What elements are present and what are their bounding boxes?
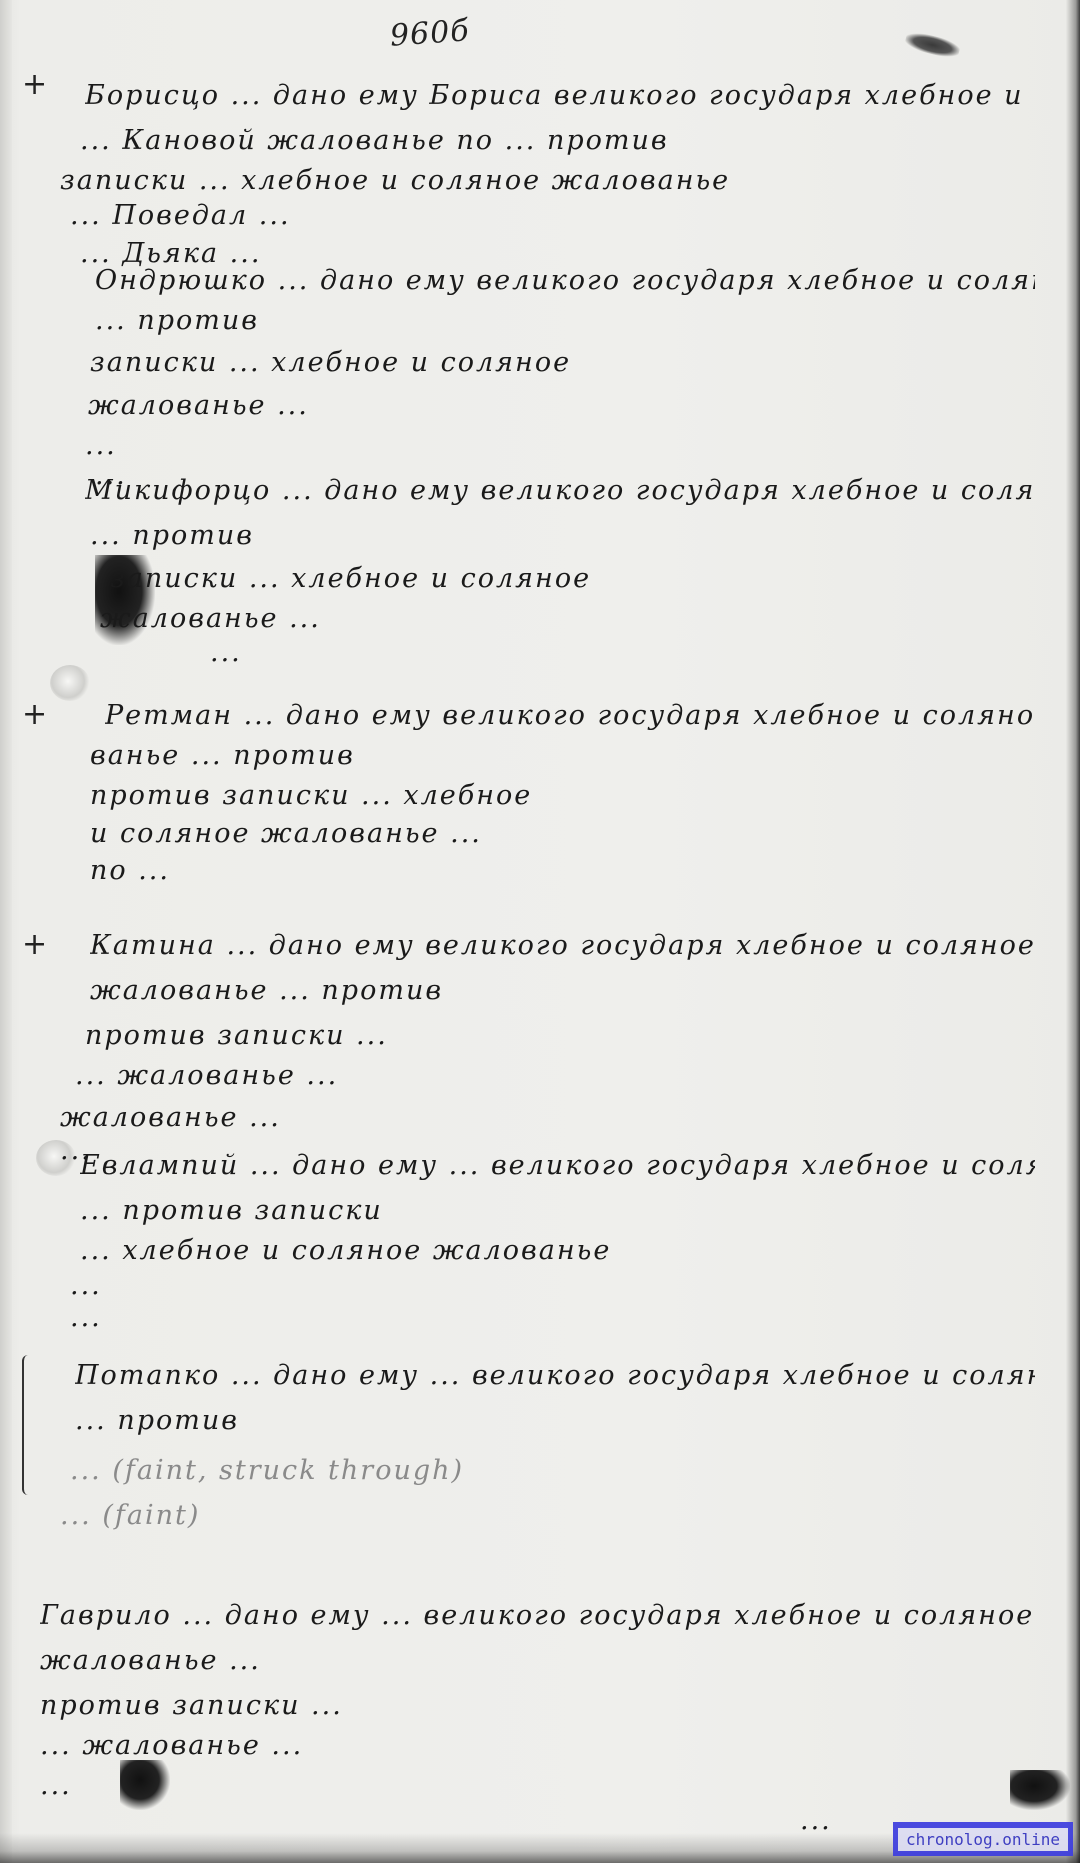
manuscript-line: ... <box>85 430 1025 461</box>
margin-cross-mark: + <box>22 70 47 100</box>
manuscript-page: 960б + Борисцо ... дано ему Бориса велик… <box>0 0 1080 1863</box>
margin-cross-mark: + <box>22 700 47 730</box>
manuscript-line: жалованье ... <box>60 1102 1035 1133</box>
manuscript-line: ... <box>70 1270 1035 1301</box>
manuscript-line: против записки ... хлебное <box>90 780 1035 811</box>
manuscript-line: по ... <box>90 855 1035 886</box>
manuscript-line: ... <box>70 1302 870 1333</box>
watermark-text: chronolog.online <box>898 1828 1068 1851</box>
manuscript-line: ... <box>40 1770 1035 1801</box>
manuscript-line: Микифорцо ... дано ему великого государя… <box>85 475 1035 506</box>
manuscript-line: Борисцо ... дано ему Бориса великого гос… <box>85 80 1035 111</box>
manuscript-line: ... против <box>75 1405 675 1436</box>
page-right-edge <box>1066 0 1080 1863</box>
manuscript-line: Ретман ... дано ему великого государя хл… <box>105 700 1035 731</box>
margin-cross-mark: + <box>22 930 47 960</box>
manuscript-line: ... против записки <box>80 1195 1035 1226</box>
manuscript-line: Евлампий ... дано ему ... великого госуд… <box>80 1150 1035 1181</box>
manuscript-line: записки ... хлебное и соляное жалованье <box>60 165 1035 196</box>
manuscript-line: ... против <box>90 520 1035 551</box>
manuscript-line: Катина ... дано ему великого государя хл… <box>90 930 1035 961</box>
folio-number: 960б <box>389 13 471 53</box>
manuscript-line: Потапко ... дано ему ... великого госуда… <box>75 1360 1035 1391</box>
ink-smudge <box>904 30 962 61</box>
manuscript-line: ... Кановой жалованье по ... против <box>80 125 1035 156</box>
manuscript-line: жалованье ... <box>40 1645 1035 1676</box>
manuscript-line: записки ... хлебное и соляное <box>110 563 1035 594</box>
manuscript-line: жалованье ... <box>88 390 1035 421</box>
manuscript-line: и соляное жалованье ... <box>90 818 1035 849</box>
page-left-edge <box>0 0 12 1863</box>
manuscript-line: против записки ... <box>85 1020 1035 1051</box>
manuscript-line: ванье ... против <box>90 740 1035 771</box>
manuscript-line: жалованье ... против <box>90 975 1035 1006</box>
manuscript-line: жалованье ... <box>100 603 1035 634</box>
manuscript-line: ... Поведал ... <box>70 200 1035 231</box>
manuscript-line: ... <box>210 637 890 668</box>
manuscript-line: ... жалованье ... <box>75 1060 1035 1091</box>
manuscript-line: против записки ... <box>40 1690 1035 1721</box>
manuscript-line: ... против <box>95 305 1035 336</box>
paper-hole <box>50 665 90 701</box>
watermark-badge: chronolog.online <box>893 1822 1073 1856</box>
margin-bracket-mark <box>22 1355 34 1495</box>
manuscript-line: Гаврило ... дано ему ... великого госуда… <box>40 1600 1035 1631</box>
manuscript-line-faint: ... (faint) <box>60 1500 560 1531</box>
manuscript-line: ... хлебное и соляное жалованье <box>80 1235 1035 1266</box>
manuscript-line: ... жалованье ... <box>40 1730 1035 1761</box>
manuscript-line-faint: ... (faint, struck through) <box>70 1455 1035 1486</box>
manuscript-line: Ондрюшко ... дано ему великого государя … <box>95 265 1035 296</box>
manuscript-line: записки ... хлебное и соляное <box>90 347 1035 378</box>
